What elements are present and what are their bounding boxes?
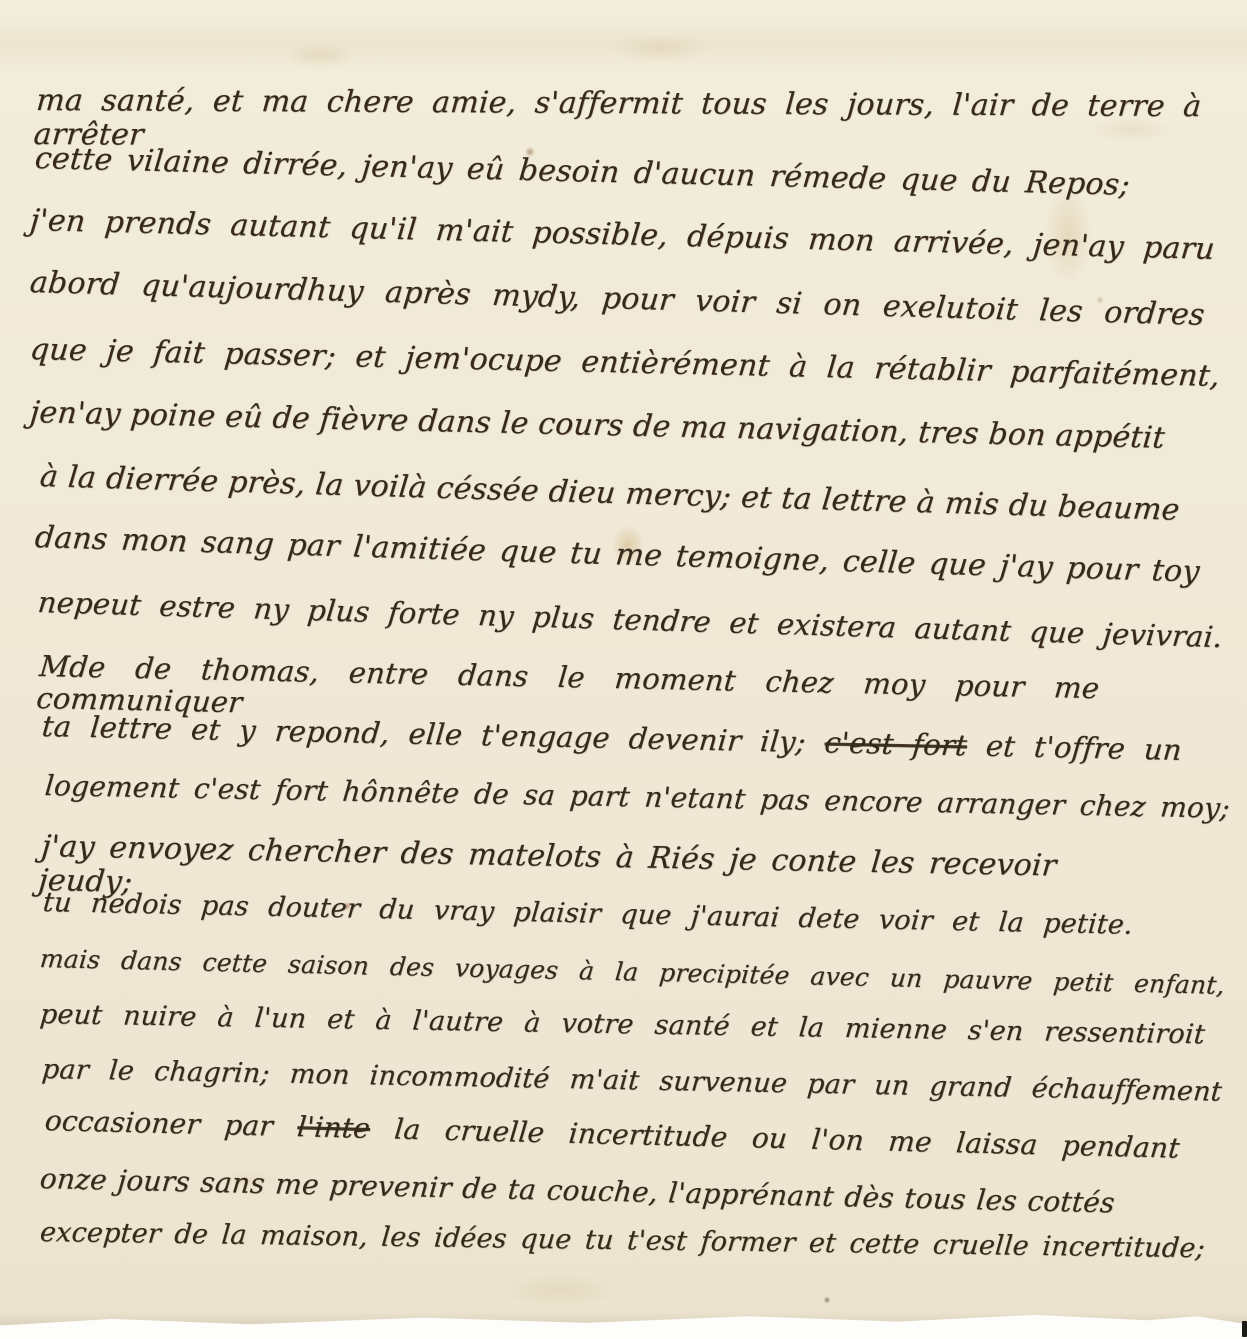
letter-text-segment: jen'ay poine eû de fièvre dans le cours …: [28, 395, 1166, 456]
letter-line: j'en prends autant qu'il m'ait possible,…: [28, 204, 1216, 266]
letter-text-segment: peut nuire à l'un et à l'autre à votre s…: [39, 999, 1207, 1050]
letter-page: ma santé, et ma chere amie, s'affermit t…: [0, 0, 1247, 1339]
letter-line: onze jours sans me prevenir de ta couche…: [39, 1163, 1117, 1219]
letter-line: dans mon sang par l'amitiée que tu me te…: [33, 521, 1201, 589]
letter-text-segment: que je fait passer; et jem'ocupe entièré…: [28, 332, 1221, 394]
letter-text-segment: j'ay envoyez chercher des matelots à Rié…: [37, 829, 1058, 899]
letter-line: logement c'est fort hônnête de sa part n…: [44, 770, 1232, 824]
letter-line: nepeut estre ny plus forte ny plus tendr…: [36, 586, 1224, 654]
letter-line: peut nuire à l'un et à l'autre à votre s…: [39, 1000, 1206, 1051]
letter-text-segment: par le chagrin; mon incommodité m'ait su…: [41, 1054, 1224, 1108]
letter-text-segment: Mde de thomas, entre dans le moment chez…: [35, 649, 1101, 720]
letter-text-segment: dans mon sang par l'amitiée que tu me te…: [33, 520, 1201, 589]
letter-text-segment: occasioner par: [43, 1104, 299, 1143]
letter-text-segment: excepter de la maison, les idées que tu …: [39, 1217, 1206, 1264]
struck-text: l'inte: [296, 1110, 372, 1145]
letter-text-segment: onze jours sans me prevenir de ta couche…: [38, 1162, 1116, 1219]
scan-artifact: [1242, 1321, 1247, 1337]
letter-text: ma santé, et ma chere amie, s'affermit t…: [0, 0, 1247, 1339]
letter-text-segment: abord qu'aujourdhuy après mydy, pour voi…: [28, 265, 1206, 333]
letter-line: à la dierrée près, la voilà céssée dieu …: [38, 460, 1181, 527]
letter-text-segment: à la dierrée près, la voilà céssée dieu …: [38, 459, 1181, 528]
letter-text-segment: la cruelle incertitude ou l'on me laissa…: [369, 1112, 1182, 1165]
letter-line: par le chagrin; mon incommodité m'ait su…: [41, 1055, 1223, 1108]
letter-text-segment: logement c'est fort hônnête de sa part n…: [44, 769, 1232, 825]
letter-line: que je fait passer; et jem'ocupe entièré…: [28, 333, 1221, 394]
letter-line: excepter de la maison, les idées que tu …: [39, 1218, 1206, 1264]
letter-text-segment: j'en prends autant qu'il m'ait possible,…: [28, 203, 1216, 267]
letter-line: abord qu'aujourdhuy après mydy, pour voi…: [28, 266, 1206, 332]
letter-text-segment: ma santé, et ma chere amie, s'affermit t…: [32, 83, 1202, 152]
letter-line: jen'ay poine eû de fièvre dans le cours …: [28, 396, 1166, 455]
letter-text-segment: nepeut estre ny plus forte ny plus tendr…: [36, 585, 1224, 654]
letter-line: occasioner par l'inte la cruelle incerti…: [44, 1105, 1182, 1164]
struck-text: c'est fort: [823, 725, 968, 762]
letter-line: mais dans cette saison des voyages à la …: [39, 945, 1226, 1000]
letter-text-segment: mais dans cette saison des voyages à la …: [39, 944, 1226, 1000]
letter-text-segment: et t'offre un: [965, 728, 1183, 766]
